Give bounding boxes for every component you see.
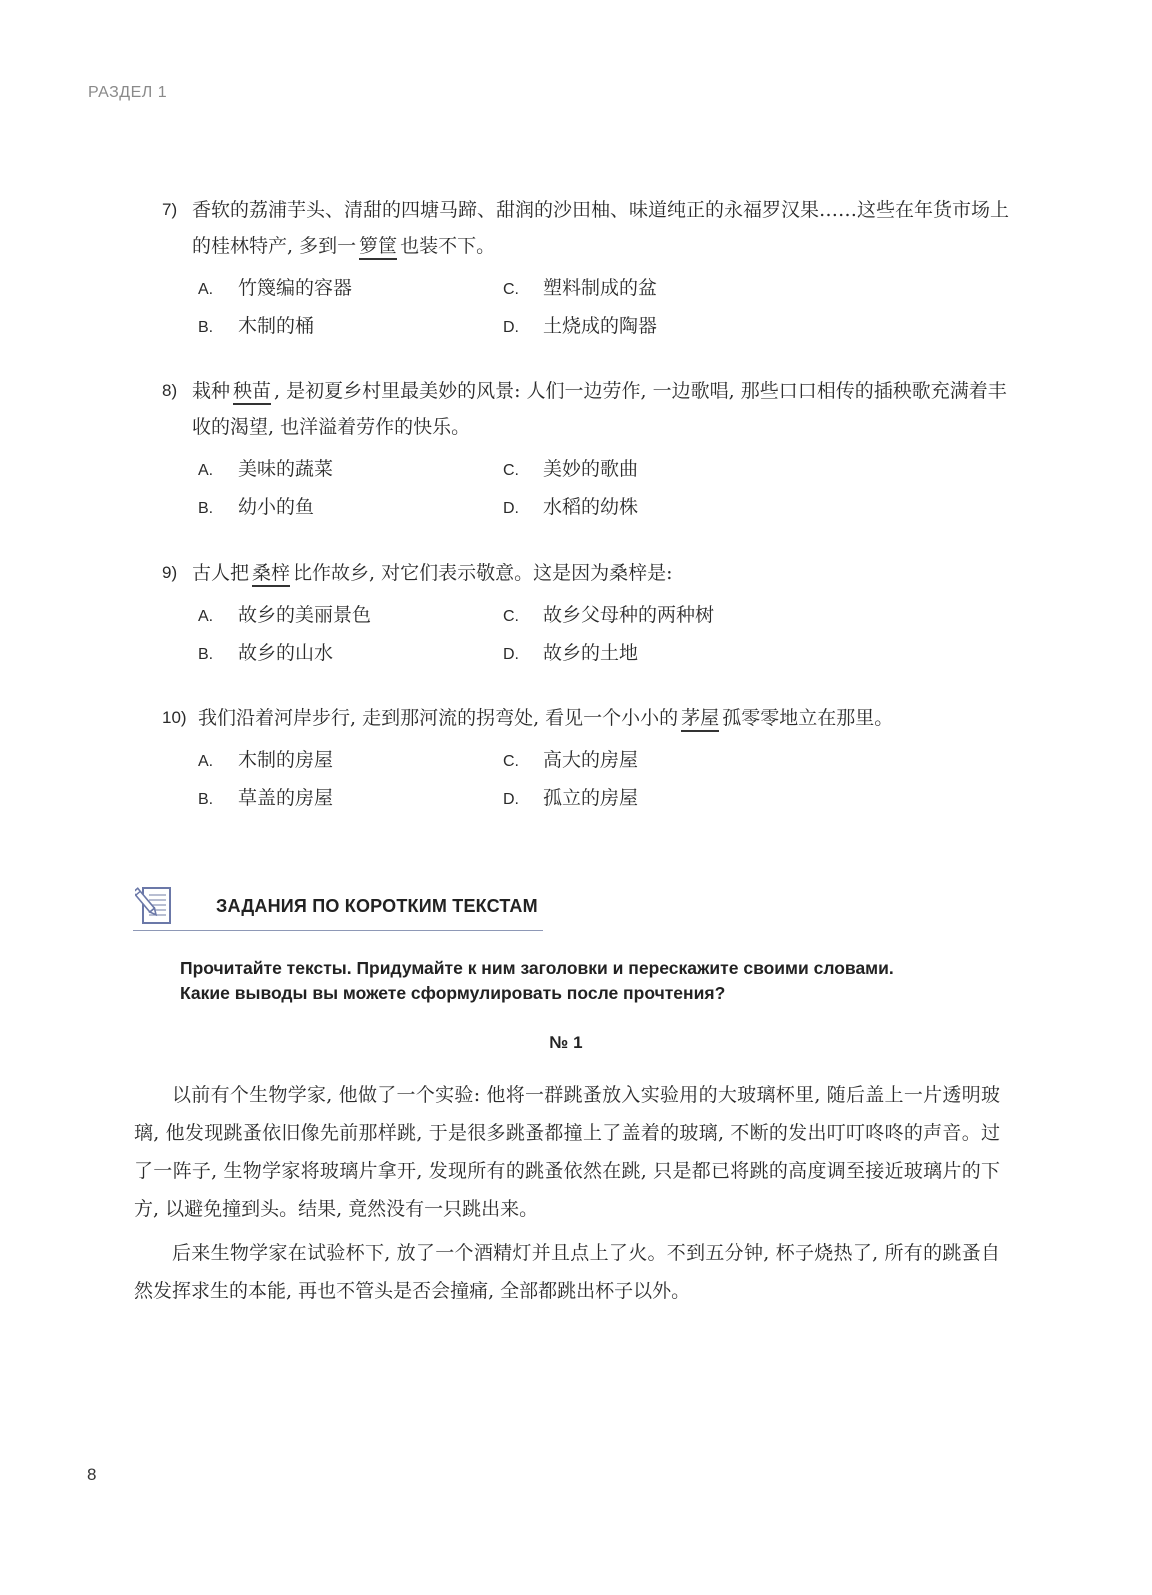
option-text: 草盖的房屋 <box>238 782 333 815</box>
option-text: 塑料制成的盆 <box>543 272 657 305</box>
option-letter: D. <box>503 311 543 344</box>
option-b[interactable]: B.木制的桶 <box>198 310 503 344</box>
text-number: № 1 <box>0 1033 1132 1053</box>
stem-text: 香软的荔浦芋头、清甜的四塘马蹄、甜润的沙田柚、味道纯正的永福罗汉果……这些在年货… <box>192 199 1009 257</box>
reading-passage: 以前有个生物学家, 他做了一个实验: 他将一群跳蚤放入实验用的大玻璃杯里, 随后… <box>134 1076 1000 1316</box>
answer-options: A.美味的蔬菜 C.美妙的歌曲 B.幼小的鱼 D.水稻的幼株 <box>162 453 1012 525</box>
underlined-term: 桑梓 <box>252 562 290 587</box>
option-b[interactable]: B.草盖的房屋 <box>198 782 503 816</box>
option-letter: D. <box>503 638 543 671</box>
question-9: 9) 古人把桑梓比作故乡, 对它们表示敬意。这是因为桑梓是: A.故乡的美丽景色… <box>162 555 1012 671</box>
option-text: 故乡的山水 <box>238 637 333 670</box>
option-b[interactable]: B.故乡的山水 <box>198 637 503 671</box>
option-letter: C. <box>503 745 543 778</box>
option-b[interactable]: B.幼小的鱼 <box>198 491 503 525</box>
section-header: ЗАДАНИЯ ПО КОРОТКИМ ТЕКСТАМ <box>133 884 543 931</box>
passage-paragraph: 以前有个生物学家, 他做了一个实验: 他将一群跳蚤放入实验用的大玻璃杯里, 随后… <box>134 1076 1000 1228</box>
question-number: 9) <box>162 555 177 591</box>
question-stem: 10) 我们沿着河岸步行, 走到那河流的拐弯处, 看见一个小小的茅屋孤零零地立在… <box>162 700 1012 736</box>
question-stem: 9) 古人把桑梓比作故乡, 对它们表示敬意。这是因为桑梓是: <box>162 555 1012 591</box>
option-a[interactable]: A.故乡的美丽景色 <box>198 599 503 633</box>
underlined-term: 箩筐 <box>359 235 397 260</box>
option-a[interactable]: A.竹篾编的容器 <box>198 272 503 306</box>
option-c[interactable]: C.高大的房屋 <box>503 744 808 778</box>
running-head: РАЗДЕЛ 1 <box>88 84 167 102</box>
stem-text: 也装不下。 <box>400 235 495 257</box>
option-a[interactable]: A.美味的蔬菜 <box>198 453 503 487</box>
option-letter: B. <box>198 783 238 816</box>
option-text: 土烧成的陶器 <box>543 310 657 343</box>
option-text: 木制的房屋 <box>238 744 333 777</box>
stem-text: 栽种 <box>192 380 230 402</box>
option-letter: A. <box>198 600 238 633</box>
question-stem: 8) 栽种秧苗, 是初夏乡村里最美妙的风景: 人们一边劳作, 一边歌唱, 那些口… <box>162 373 1012 445</box>
option-letter: C. <box>503 454 543 487</box>
option-text: 故乡的土地 <box>543 637 638 670</box>
passage-paragraph: 后来生物学家在试验杯下, 放了一个酒精灯并且点上了火。不到五分钟, 杯子烧热了,… <box>134 1234 1000 1310</box>
option-c[interactable]: C.美妙的歌曲 <box>503 453 808 487</box>
task-instructions: Прочитайте тексты. Придумайте к ним заго… <box>180 956 1020 1006</box>
option-d[interactable]: D.孤立的房屋 <box>503 782 808 816</box>
option-text: 美妙的歌曲 <box>543 453 638 486</box>
option-letter: A. <box>198 454 238 487</box>
option-text: 高大的房屋 <box>543 744 638 777</box>
option-text: 故乡的美丽景色 <box>238 599 371 632</box>
option-letter: C. <box>503 600 543 633</box>
option-text: 幼小的鱼 <box>238 491 314 524</box>
option-a[interactable]: A.木制的房屋 <box>198 744 503 778</box>
option-letter: B. <box>198 492 238 525</box>
question-number: 10) <box>162 700 187 736</box>
stem-text: , 是初夏乡村里最美妙的风景: 人们一边劳作, 一边歌唱, 那些口口相传的插秧歌… <box>192 380 1007 438</box>
stem-text: 古人把 <box>192 562 249 584</box>
answer-options: A.竹篾编的容器 C.塑料制成的盆 B.木制的桶 D.土烧成的陶器 <box>162 272 1012 344</box>
instruction-line: Какие выводы вы можете сформулировать по… <box>180 981 1020 1006</box>
option-letter: A. <box>198 273 238 306</box>
option-letter: A. <box>198 745 238 778</box>
stem-text: 我们沿着河岸步行, 走到那河流的拐弯处, 看见一个小小的 <box>198 707 678 729</box>
option-text: 孤立的房屋 <box>543 782 638 815</box>
question-7: 7) 香软的荔浦芋头、清甜的四塘马蹄、甜润的沙田柚、味道纯正的永福罗汉果……这些… <box>162 192 1012 344</box>
option-letter: B. <box>198 638 238 671</box>
option-letter: B. <box>198 311 238 344</box>
instruction-line: Прочитайте тексты. Придумайте к ним заго… <box>180 956 1020 981</box>
answer-options: A.故乡的美丽景色 C.故乡父母种的两种树 B.故乡的山水 D.故乡的土地 <box>162 599 1012 671</box>
underlined-term: 秧苗 <box>233 380 271 405</box>
question-10: 10) 我们沿着河岸步行, 走到那河流的拐弯处, 看见一个小小的茅屋孤零零地立在… <box>162 700 1012 816</box>
underlined-term: 茅屋 <box>681 707 719 732</box>
option-d[interactable]: D.故乡的土地 <box>503 637 808 671</box>
question-stem: 7) 香软的荔浦芋头、清甜的四塘马蹄、甜润的沙田柚、味道纯正的永福罗汉果……这些… <box>162 192 1012 264</box>
question-number: 7) <box>162 192 177 228</box>
option-letter: D. <box>503 783 543 816</box>
stem-text: 比作故乡, 对它们表示敬意。这是因为桑梓是: <box>293 562 672 584</box>
question-8: 8) 栽种秧苗, 是初夏乡村里最美妙的风景: 人们一边劳作, 一边歌唱, 那些口… <box>162 373 1012 525</box>
page-number: 8 <box>87 1465 96 1485</box>
option-c[interactable]: C.塑料制成的盆 <box>503 272 808 306</box>
section-title: ЗАДАНИЯ ПО КОРОТКИМ ТЕКСТАМ <box>216 896 538 917</box>
option-text: 水稻的幼株 <box>543 491 638 524</box>
option-d[interactable]: D.水稻的幼株 <box>503 491 808 525</box>
option-text: 故乡父母种的两种树 <box>543 599 714 632</box>
option-text: 美味的蔬菜 <box>238 453 333 486</box>
notepad-pencil-icon <box>135 884 173 926</box>
option-letter: C. <box>503 273 543 306</box>
stem-text: 孤零零地立在那里。 <box>722 707 893 729</box>
option-text: 木制的桶 <box>238 310 314 343</box>
option-d[interactable]: D.土烧成的陶器 <box>503 310 808 344</box>
option-c[interactable]: C.故乡父母种的两种树 <box>503 599 808 633</box>
option-text: 竹篾编的容器 <box>238 272 352 305</box>
answer-options: A.木制的房屋 C.高大的房屋 B.草盖的房屋 D.孤立的房屋 <box>162 744 1012 816</box>
question-number: 8) <box>162 373 177 409</box>
option-letter: D. <box>503 492 543 525</box>
